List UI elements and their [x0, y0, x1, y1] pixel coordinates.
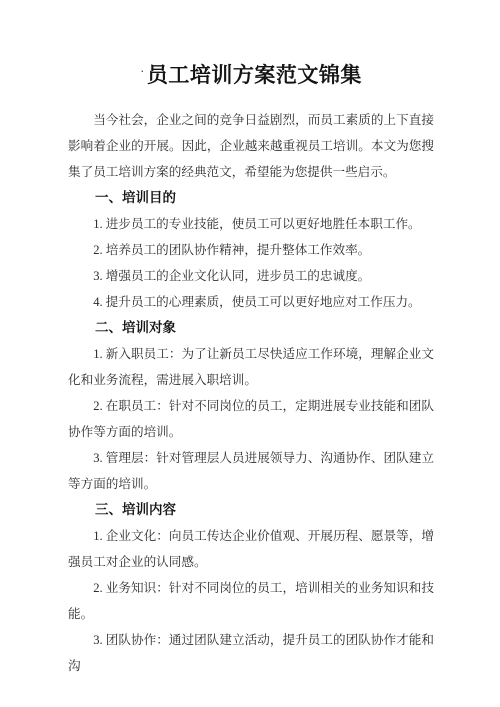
list-item: 2. 在职员工：针对不同岗位的员工，定期进展专业技能和团队协作等方面的培训。: [68, 393, 434, 445]
list-item: 2. 业务知识：针对不同岗位的员工，培训相关的业务知识和技能。: [68, 575, 434, 627]
list-item: 1. 企业文化：向员工传达企业价值观、开展历程、愿景等，增强员工对企业的认同感。: [68, 523, 434, 575]
page-title: ·员工培训方案范文锦集: [68, 56, 434, 91]
intro-paragraph: 当今社会，企业之间的竞争日益剧烈，而员工素质的上下直接影响着企业的开展。因此，企…: [68, 107, 434, 185]
section-heading-training-purpose: 一、培训目的: [68, 185, 434, 211]
title-bullet-dot: ·: [140, 63, 145, 78]
list-item: 3. 团队协作：通过团队建立活动，提升员工的团队协作才能和沟: [68, 627, 434, 679]
section-heading-training-audience: 二、培训对象: [68, 315, 434, 341]
list-item: 1. 进步员工的专业技能，使员工可以更好地胜任本职工作。: [68, 211, 434, 237]
section-heading-training-content: 三、培训内容: [68, 497, 434, 523]
list-item: 1. 新入职员工：为了让新员工尽快适应工作环境，理解企业文化和业务流程，需进展入…: [68, 341, 434, 393]
list-item: 4. 提升员工的心理素质，使员工可以更好地应对工作压力。: [68, 289, 434, 315]
list-item: 3. 增强员工的企业文化认同，进步员工的忠诚度。: [68, 263, 434, 289]
list-item: 3. 管理层：针对管理层人员进展领导力、沟通协作、团队建立等方面的培训。: [68, 445, 434, 497]
list-item: 2. 培养员工的团队协作精神，提升整体工作效率。: [68, 237, 434, 263]
document-page: ·员工培训方案范文锦集 当今社会，企业之间的竞争日益剧烈，而员工素质的上下直接影…: [0, 0, 500, 707]
page-title-text: 员工培训方案范文锦集: [147, 64, 362, 87]
